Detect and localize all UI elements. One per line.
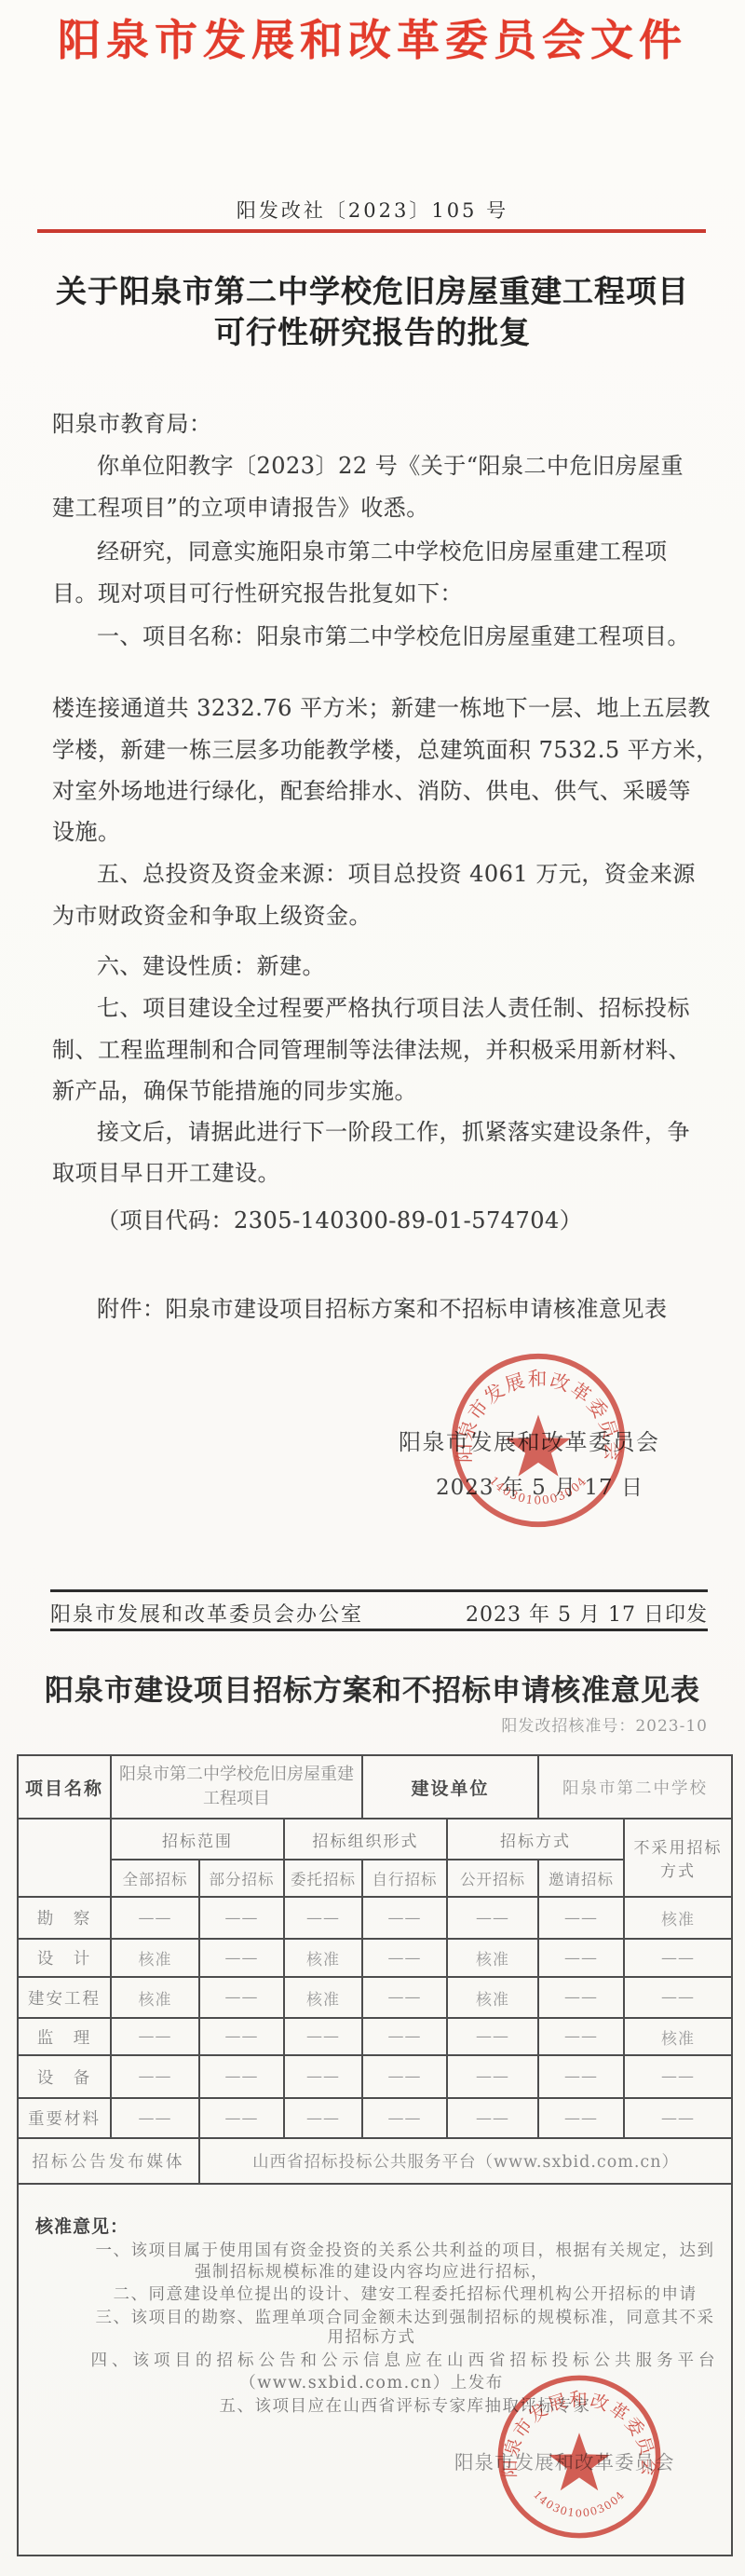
- cell-value: ——: [284, 2098, 362, 2138]
- row-label-supervision: 监 理: [18, 2018, 111, 2055]
- cell-value: ——: [362, 1939, 447, 1977]
- table-row: 设 计 核准 —— 核准 —— 核准 —— ——: [18, 1939, 732, 1977]
- body-line: 一、项目名称：阳泉市第二中学校危旧房屋重建工程项目。: [52, 618, 741, 655]
- cell-value: ——: [199, 2055, 284, 2098]
- row-label-equipment: 设 备: [18, 2055, 111, 2098]
- table-row: 招标范围 招标组织形式 招标方式 不采用招标方式: [18, 1819, 732, 1860]
- project-name-value: 阳泉市第二中学校危旧房屋重建工程项目: [111, 1755, 362, 1819]
- official-seal-stamp: 阳泉市发展和改革委员会 1403010003004: [494, 2371, 665, 2542]
- body-line: 设施。: [52, 813, 697, 851]
- seal-star-icon: [506, 1415, 571, 1477]
- empty-corner-cell: [18, 1819, 111, 1897]
- record-office: 阳泉市发展和改革委员会办公室: [50, 1599, 363, 1628]
- body-line: 建工程项目”的立项申请报告》收悉。: [52, 489, 697, 526]
- body-line: 接文后，请据此进行下一阶段工作，抓紧落实建设条件，争: [52, 1113, 741, 1151]
- cell-value: ——: [199, 1897, 284, 1939]
- body-line: 为市财政资金和争取上级资金。: [52, 897, 697, 934]
- cell-value: 核准: [111, 1939, 199, 1977]
- body-line: 七、项目建设全过程要严格执行项目法人责任制、招标投标: [52, 989, 741, 1027]
- seal-star-icon: [549, 2433, 609, 2490]
- seal-number: 1403010003004: [487, 1474, 589, 1506]
- official-seal-stamp: 阳泉市发展和改革委员会 1403010003004: [447, 1349, 630, 1532]
- body-line: 六、建设性质：新建。: [52, 947, 741, 985]
- body-line: 制、工程监理制和合同管理制等法律法规，并积极采用新材料、: [52, 1031, 697, 1069]
- cell-value: 核准: [447, 1939, 538, 1977]
- cell-value: 核准: [447, 1977, 538, 2018]
- cell-value: ——: [199, 2098, 284, 2138]
- scanned-official-document: 阳泉市发展和改革委员会文件 阳发改社〔2023〕105 号 关于阳泉市第二中学校…: [0, 0, 745, 2576]
- cell-value: ——: [199, 1939, 284, 1977]
- opinion-line: 二、同意建设单位提出的设计、建安工程委托招标代理机构公开招标的申请: [32, 2282, 732, 2305]
- bid-organization-header: 招标组织形式: [284, 1819, 447, 1860]
- body-line: 新产品，确保节能措施的同步实施。: [52, 1072, 697, 1110]
- record-rule-bottom: [50, 1629, 708, 1631]
- subheader-self-bid: 自行招标: [362, 1860, 447, 1897]
- bid-scope-header: 招标范围: [111, 1819, 284, 1860]
- subheader-entrusted-bid: 委托招标: [284, 1860, 362, 1897]
- subheader-partial-bid: 部分招标: [199, 1860, 284, 1897]
- body-line: 五、总投资及资金来源：项目总投资 4061 万元，资金来源: [52, 855, 741, 893]
- cell-value: ——: [111, 2098, 199, 2138]
- cell-value: ——: [624, 1939, 732, 1977]
- document-title-line2: 可行性研究报告的批复: [0, 313, 745, 352]
- opinion-title: 核准意见：: [35, 2213, 129, 2238]
- document-title-line1: 关于阳泉市第二中学校危旧房屋重建工程项目: [0, 272, 745, 311]
- project-name-label: 项目名称: [18, 1755, 111, 1819]
- cell-value: ——: [362, 1977, 447, 2018]
- svg-text:1403010003004: 1403010003004: [487, 1474, 589, 1506]
- red-divider-rule: [37, 229, 706, 233]
- cell-value: ——: [362, 2018, 447, 2055]
- cell-value: 核准: [624, 2018, 732, 2055]
- body-line: 你单位阳教字〔2023〕22 号《关于“阳泉二中危旧房屋重: [52, 447, 741, 484]
- cell-value: ——: [362, 1897, 447, 1939]
- subheader-open-bid: 公开招标: [447, 1860, 538, 1897]
- table-row: 设 备 —— —— —— —— —— —— ——: [18, 2055, 732, 2098]
- cell-value: ——: [111, 2018, 199, 2055]
- cell-value: ——: [284, 1897, 362, 1939]
- cell-value: ——: [199, 2018, 284, 2055]
- cell-value: ——: [284, 2055, 362, 2098]
- body-line: 学楼，新建一栋三层多功能教学楼，总建筑面积 7532.5 平方米，: [52, 731, 697, 769]
- record-line: 阳泉市发展和改革委员会办公室 2023 年 5 月 17 日印发: [50, 1599, 708, 1628]
- no-bid-header: 不采用招标方式: [624, 1819, 732, 1897]
- cell-value: ——: [538, 1977, 624, 2018]
- cell-value: 核准: [284, 1939, 362, 1977]
- table-row: 建安工程 核准 —— 核准 —— 核准 —— ——: [18, 1977, 732, 2018]
- cell-value: 核准: [284, 1977, 362, 2018]
- body-line: 阳泉市教育局：: [52, 405, 697, 443]
- cell-value: ——: [624, 2055, 732, 2098]
- opinion-line: 强制招标规模标准的建设内容均应进行招标，: [32, 2259, 711, 2283]
- cell-value: ——: [624, 2098, 732, 2138]
- media-label: 招标公告发布媒体: [18, 2138, 199, 2184]
- cell-value: ——: [538, 2098, 624, 2138]
- masthead-title: 阳泉市发展和改革委员会文件: [0, 11, 745, 69]
- cell-value: ——: [538, 1897, 624, 1939]
- cell-value: ——: [284, 2018, 362, 2055]
- table-row: 招标公告发布媒体 山西省招标投标公共服务平台（www.sxbid.com.cn）: [18, 2138, 732, 2184]
- project-code-line: （项目代码：2305-140300-89-01-574704）: [52, 1202, 741, 1239]
- bid-method-header: 招标方式: [447, 1819, 624, 1860]
- table-row: 重要材料 —— —— —— —— —— —— ——: [18, 2098, 732, 2138]
- document-number: 阳发改社〔2023〕105 号: [0, 196, 745, 224]
- cell-value: 核准: [111, 1977, 199, 2018]
- table-row: 勘 察 —— —— —— —— —— —— 核准: [18, 1897, 732, 1939]
- row-label-design: 设 计: [18, 1939, 111, 1977]
- cell-value: ——: [447, 1897, 538, 1939]
- cell-value: ——: [538, 1939, 624, 1977]
- attachment-reference-line: 附件：阳泉市建设项目招标方案和不招标申请核准意见表: [52, 1290, 741, 1328]
- cell-value: ——: [447, 2055, 538, 2098]
- cell-value: ——: [111, 2055, 199, 2098]
- subheader-invited-bid: 邀请招标: [538, 1860, 624, 1897]
- record-print-date: 2023 年 5 月 17 日印发: [466, 1599, 708, 1628]
- approval-number: 阳发改招核准号：2023-10: [0, 1712, 708, 1736]
- cell-value: ——: [538, 2018, 624, 2055]
- row-label-key-materials: 重要材料: [18, 2098, 111, 2138]
- attachment-table-title: 阳泉市建设项目招标方案和不招标申请核准意见表: [0, 1667, 745, 1709]
- cell-value: ——: [538, 2055, 624, 2098]
- cell-value: 核准: [624, 1897, 732, 1939]
- body-line: 经研究，同意实施阳泉市第二中学校危旧房屋重建工程项: [52, 533, 741, 570]
- table-row: 监 理 —— —— —— —— —— —— 核准: [18, 2018, 732, 2055]
- record-rule-top: [50, 1589, 708, 1592]
- construction-unit-label: 建设单位: [362, 1755, 538, 1819]
- cell-value: ——: [624, 1977, 732, 2018]
- body-line: 对室外场地进行绿化，配套给排水、消防、供电、供气、采暖等: [52, 772, 697, 810]
- opinion-line: 用招标方式: [32, 2324, 711, 2348]
- table-row: 项目名称 阳泉市第二中学校危旧房屋重建工程项目 建设单位 阳泉市第二中学校: [18, 1755, 732, 1819]
- construction-unit-value: 阳泉市第二中学校: [538, 1755, 732, 1819]
- subheader-full-bid: 全部招标: [111, 1860, 199, 1897]
- cell-value: ——: [111, 1897, 199, 1939]
- cell-value: ——: [362, 2098, 447, 2138]
- body-line: 取项目早日开工建设。: [52, 1154, 697, 1192]
- opinion-line: 四、该项目的招标公告和公示信息应在山西省招标投标公共服务平台: [32, 2348, 732, 2371]
- svg-text:1403010003004: 1403010003004: [531, 2488, 628, 2520]
- cell-value: ——: [447, 2018, 538, 2055]
- opinion-line: 一、该项目属于使用国有资金投资的关系公共利益的项目，根据有关规定，达到: [32, 2238, 732, 2261]
- row-label-construction: 建安工程: [18, 1977, 111, 2018]
- body-line: 楼连接通道共 3232.76 平方米；新建一栋地下一层、地上五层教: [52, 689, 697, 727]
- row-label-survey: 勘 察: [18, 1897, 111, 1939]
- media-value: 山西省招标投标公共服务平台（www.sxbid.com.cn）: [199, 2138, 732, 2184]
- body-line: 目。现对项目可行性研究报告批复如下：: [52, 575, 697, 612]
- cell-value: ——: [362, 2055, 447, 2098]
- cell-value: ——: [199, 1977, 284, 2018]
- seal-number: 1403010003004: [531, 2488, 628, 2520]
- cell-value: ——: [447, 2098, 538, 2138]
